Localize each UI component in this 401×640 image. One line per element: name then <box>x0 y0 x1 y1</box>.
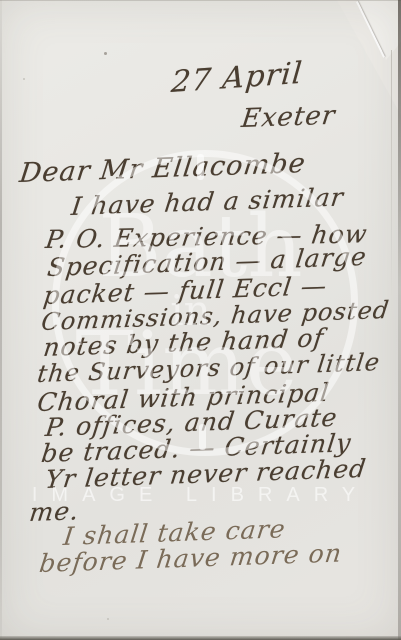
letter-place: Exeter <box>240 103 337 132</box>
photo-edge-left <box>0 0 2 640</box>
fold-crease-line <box>356 1 385 58</box>
paper-speck <box>107 618 109 620</box>
photo-edge-top <box>0 0 401 1</box>
photo-edge-bottom <box>0 636 401 640</box>
letter-line: I have had a similar <box>70 185 345 219</box>
paper-speck <box>104 52 107 55</box>
paper-speck <box>23 78 25 80</box>
paper-crease-line <box>391 50 392 300</box>
letter-photo: 27 April Exeter Dear Mr Ellacombe I have… <box>0 0 401 640</box>
letter-salutation: Dear Mr Ellacombe <box>18 150 307 187</box>
letter-date: 27 April <box>170 59 304 98</box>
